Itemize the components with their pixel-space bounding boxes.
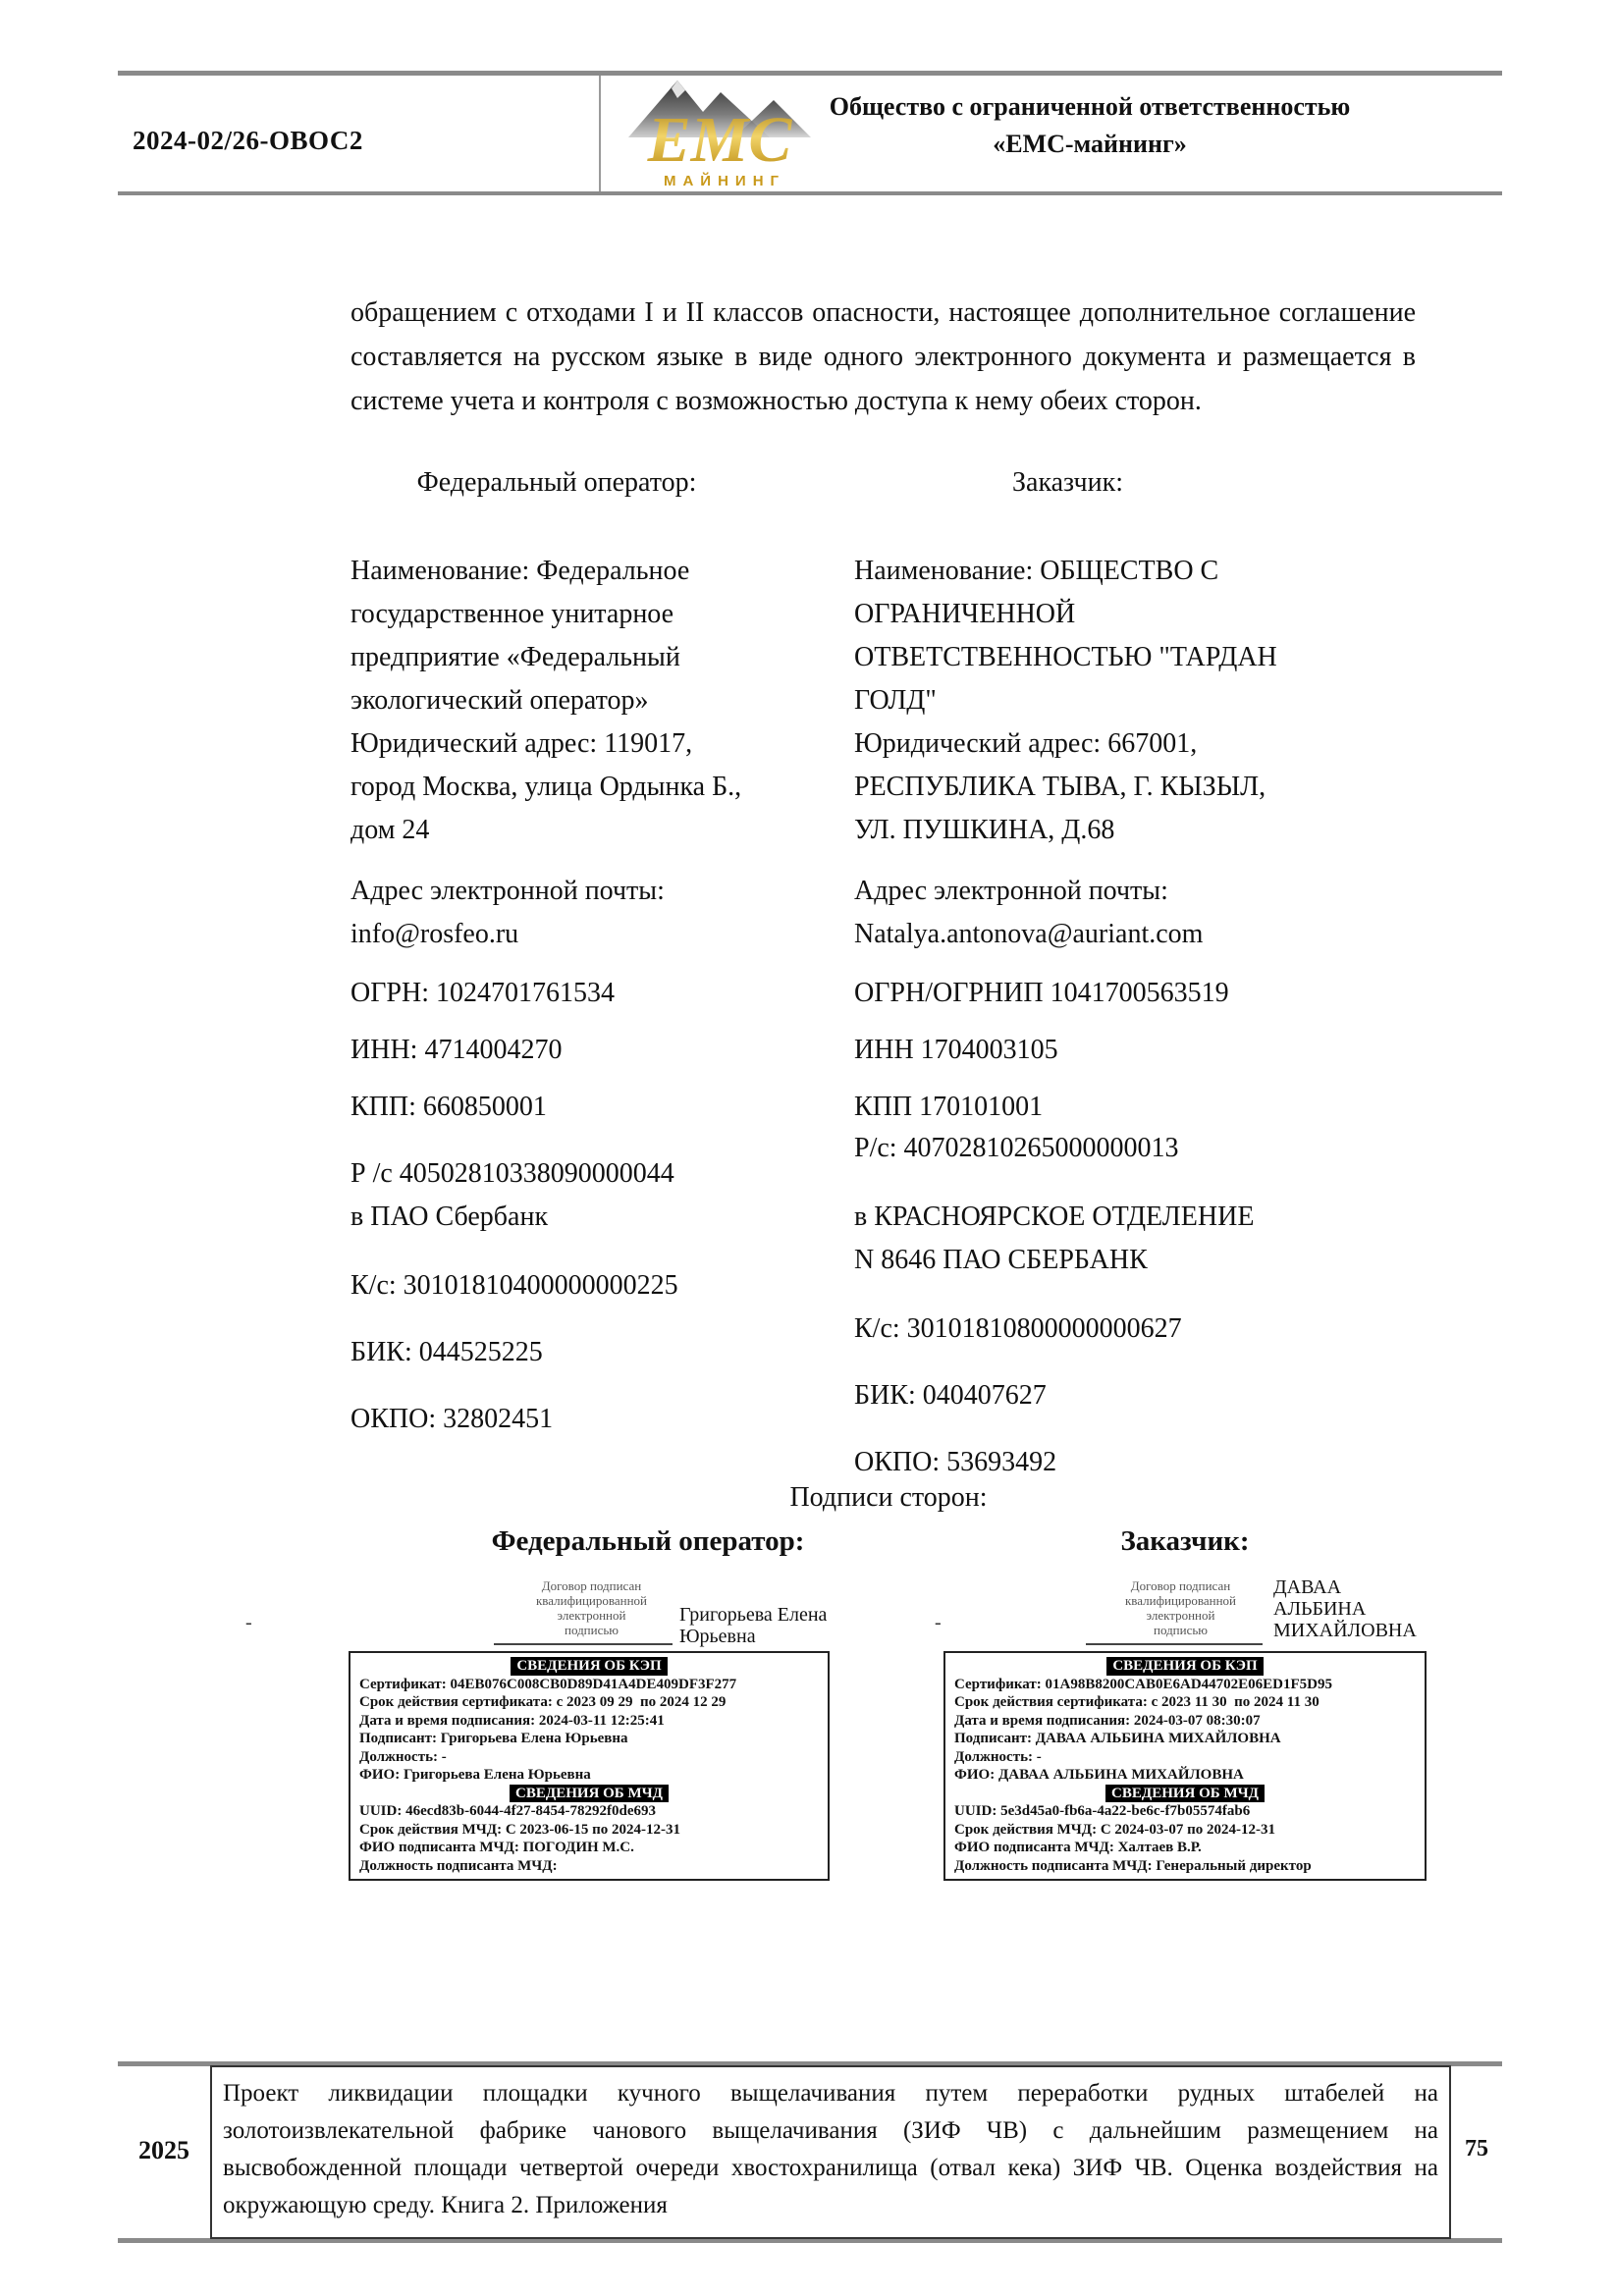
stamp-line: UUID: 46ecd83b-6044-4f27-8454-78292f0de6…: [359, 1802, 819, 1821]
footer-year: 2025: [118, 2136, 210, 2165]
operator-legal-address: Юридический адрес: 119017, город Москва,…: [350, 722, 782, 852]
stamp-line: Дата и время подписания: 2024-03-11 12:2…: [359, 1712, 819, 1731]
stamp-line: ФИО: ДАВАА АЛЬБИНА МИХАЙЛОВНА: [954, 1766, 1416, 1785]
operator-corr-account: К/с: 30101810400000000225: [350, 1264, 773, 1308]
customer-email: Адрес электронной почты: Natalya.antonov…: [854, 870, 1296, 956]
stamp-line: Срок действия сертификата: с 2023 11 30 …: [954, 1693, 1416, 1712]
customer-legal-address: Юридический адрес: 667001, РЕСПУБЛИКА ТЫ…: [854, 722, 1296, 852]
customer-esign-note: Договор подписан квалифицированной элект…: [1085, 1578, 1276, 1637]
operator-kep-lines: Сертификат: 04EB076C008CB0D89D41A4DE409D…: [359, 1676, 819, 1785]
customer-bik: БИК: 040407627: [854, 1374, 1296, 1417]
footer-description: Проект ликвидации площадки кучного выщел…: [223, 2075, 1438, 2224]
header-bottom-rule: [118, 191, 1502, 195]
operator-ogrn: ОГРН: 1024701761534: [350, 972, 773, 1015]
stamp-line: Должность подписанта МЧД:: [359, 1857, 819, 1876]
operator-signer-name: Григорьева Елена Юрьевна: [679, 1604, 871, 1647]
header-top-rule: [118, 71, 1502, 76]
stamp-line: Подписант: Григорьева Елена Юрьевна: [359, 1730, 819, 1748]
footer-page-number: 75: [1451, 2136, 1502, 2163]
signature-operator-header: Федеральный оператор:: [403, 1525, 893, 1558]
operator-esign-note: Договор подписан квалифицированной элект…: [496, 1578, 687, 1637]
customer-kep-lines: Сертификат: 01A98B8200CAB0E6AD44702E06ED…: [954, 1676, 1416, 1785]
operator-signature-dash: -: [245, 1612, 252, 1634]
stamp-line: Дата и время подписания: 2024-03-07 08:3…: [954, 1712, 1416, 1731]
signature-customer-header: Заказчик:: [940, 1525, 1430, 1558]
stamp-line: Срок действия МЧД: С 2024-03-07 по 2024-…: [954, 1821, 1416, 1840]
stamp-line: Должность подписанта МЧД: Генеральный ди…: [954, 1857, 1416, 1876]
operator-kep-header: СВЕДЕНИЯ ОБ КЭП: [511, 1657, 667, 1676]
stamp-line: Должность: -: [954, 1748, 1416, 1767]
stamp-line: ФИО подписанта МЧД: ПОГОДИН М.С.: [359, 1839, 819, 1857]
customer-okpo: ОКПО: 53693492: [854, 1441, 1296, 1484]
customer-corr-account: К/с: 30101810800000000627: [854, 1308, 1296, 1351]
operator-bank: в ПАО Сбербанк: [350, 1196, 773, 1239]
customer-bank: в КРАСНОЯРСКОЕ ОТДЕЛЕНИЕ N 8646 ПАО СБЕР…: [854, 1196, 1296, 1282]
customer-signature-line: [1086, 1643, 1263, 1645]
stamp-line: Подписант: ДАВАА АЛЬБИНА МИХАЙЛОВНА: [954, 1730, 1416, 1748]
logo-subtext: МАЙНИНГ: [664, 172, 785, 189]
customer-settlement-account: Р/с: 40702810265000000013: [854, 1127, 1296, 1170]
stamp-line: Сертификат: 04EB076C008CB0D89D41A4DE409D…: [359, 1676, 819, 1694]
footer-description-box: Проект ликвидации площадки кучного выщел…: [210, 2065, 1451, 2239]
customer-inn: ИНН 1704003105: [854, 1029, 1296, 1072]
company-name-line2: «ЕМС-майнинг»: [687, 126, 1492, 163]
operator-section-header: Федеральный оператор:: [350, 467, 763, 499]
operator-esign-stamp: СВЕДЕНИЯ ОБ КЭП Сертификат: 04EB076C008C…: [349, 1651, 830, 1881]
operator-okpo: ОКПО: 32802451: [350, 1398, 773, 1441]
operator-settlement-account: Р /с 40502810338090000044: [350, 1152, 773, 1196]
customer-mchd-header: СВЕДЕНИЯ ОБ МЧД: [1105, 1785, 1265, 1803]
operator-name: Наименование: Федеральное государственно…: [350, 550, 773, 722]
document-page: 2024-02/26-ОВОС2 ЕМС МАЙНИНГ Общество с …: [0, 0, 1616, 2296]
company-name-block: Общество с ограниченной ответственностью…: [687, 88, 1492, 163]
customer-section-header: Заказчик:: [854, 467, 1281, 499]
operator-email: Адрес электронной почты: info@rosfeo.ru: [350, 870, 773, 956]
company-name-line1: Общество с ограниченной ответственностью: [687, 88, 1492, 126]
customer-kpp: КПП 170101001: [854, 1086, 1296, 1129]
customer-name: Наименование: ОБЩЕСТВО С ОГРАНИЧЕННОЙ ОТ…: [854, 550, 1296, 722]
customer-signer-name: ДАВАА АЛЬБИНА МИХАЙЛОВНА: [1273, 1576, 1440, 1641]
intro-paragraph: обращением с отходами I и II классов опа…: [350, 291, 1416, 423]
stamp-line: Должность: -: [359, 1748, 819, 1767]
customer-signature-dash: -: [935, 1612, 942, 1634]
operator-bik: БИК: 044525225: [350, 1331, 773, 1374]
signatures-title: Подписи сторон:: [349, 1482, 1428, 1514]
operator-signature-line: [494, 1643, 673, 1645]
customer-mchd-lines: UUID: 5e3d45a0-fb6a-4a22-be6c-f7b05574fa…: [954, 1802, 1416, 1875]
operator-inn: ИНН: 4714004270: [350, 1029, 773, 1072]
stamp-line: Срок действия сертификата: с 2023 09 29 …: [359, 1693, 819, 1712]
operator-kpp: КПП: 660850001: [350, 1086, 773, 1129]
document-code: 2024-02/26-ОВОС2: [133, 126, 363, 156]
stamp-line: ФИО: Григорьева Елена Юрьевна: [359, 1766, 819, 1785]
operator-mchd-header: СВЕДЕНИЯ ОБ МЧД: [510, 1785, 669, 1803]
customer-kep-header: СВЕДЕНИЯ ОБ КЭП: [1106, 1657, 1263, 1676]
customer-ogrn: ОГРН/ОГРНИП 1041700563519: [854, 972, 1296, 1015]
operator-mchd-lines: UUID: 46ecd83b-6044-4f27-8454-78292f0de6…: [359, 1802, 819, 1875]
customer-esign-stamp: СВЕДЕНИЯ ОБ КЭП Сертификат: 01A98B8200CA…: [943, 1651, 1427, 1881]
stamp-line: UUID: 5e3d45a0-fb6a-4a22-be6c-f7b05574fa…: [954, 1802, 1416, 1821]
stamp-line: Срок действия МЧД: С 2023-06-15 по 2024-…: [359, 1821, 819, 1840]
stamp-line: Сертификат: 01A98B8200CAB0E6AD44702E06ED…: [954, 1676, 1416, 1694]
stamp-line: ФИО подписанта МЧД: Халтаев В.Р.: [954, 1839, 1416, 1857]
